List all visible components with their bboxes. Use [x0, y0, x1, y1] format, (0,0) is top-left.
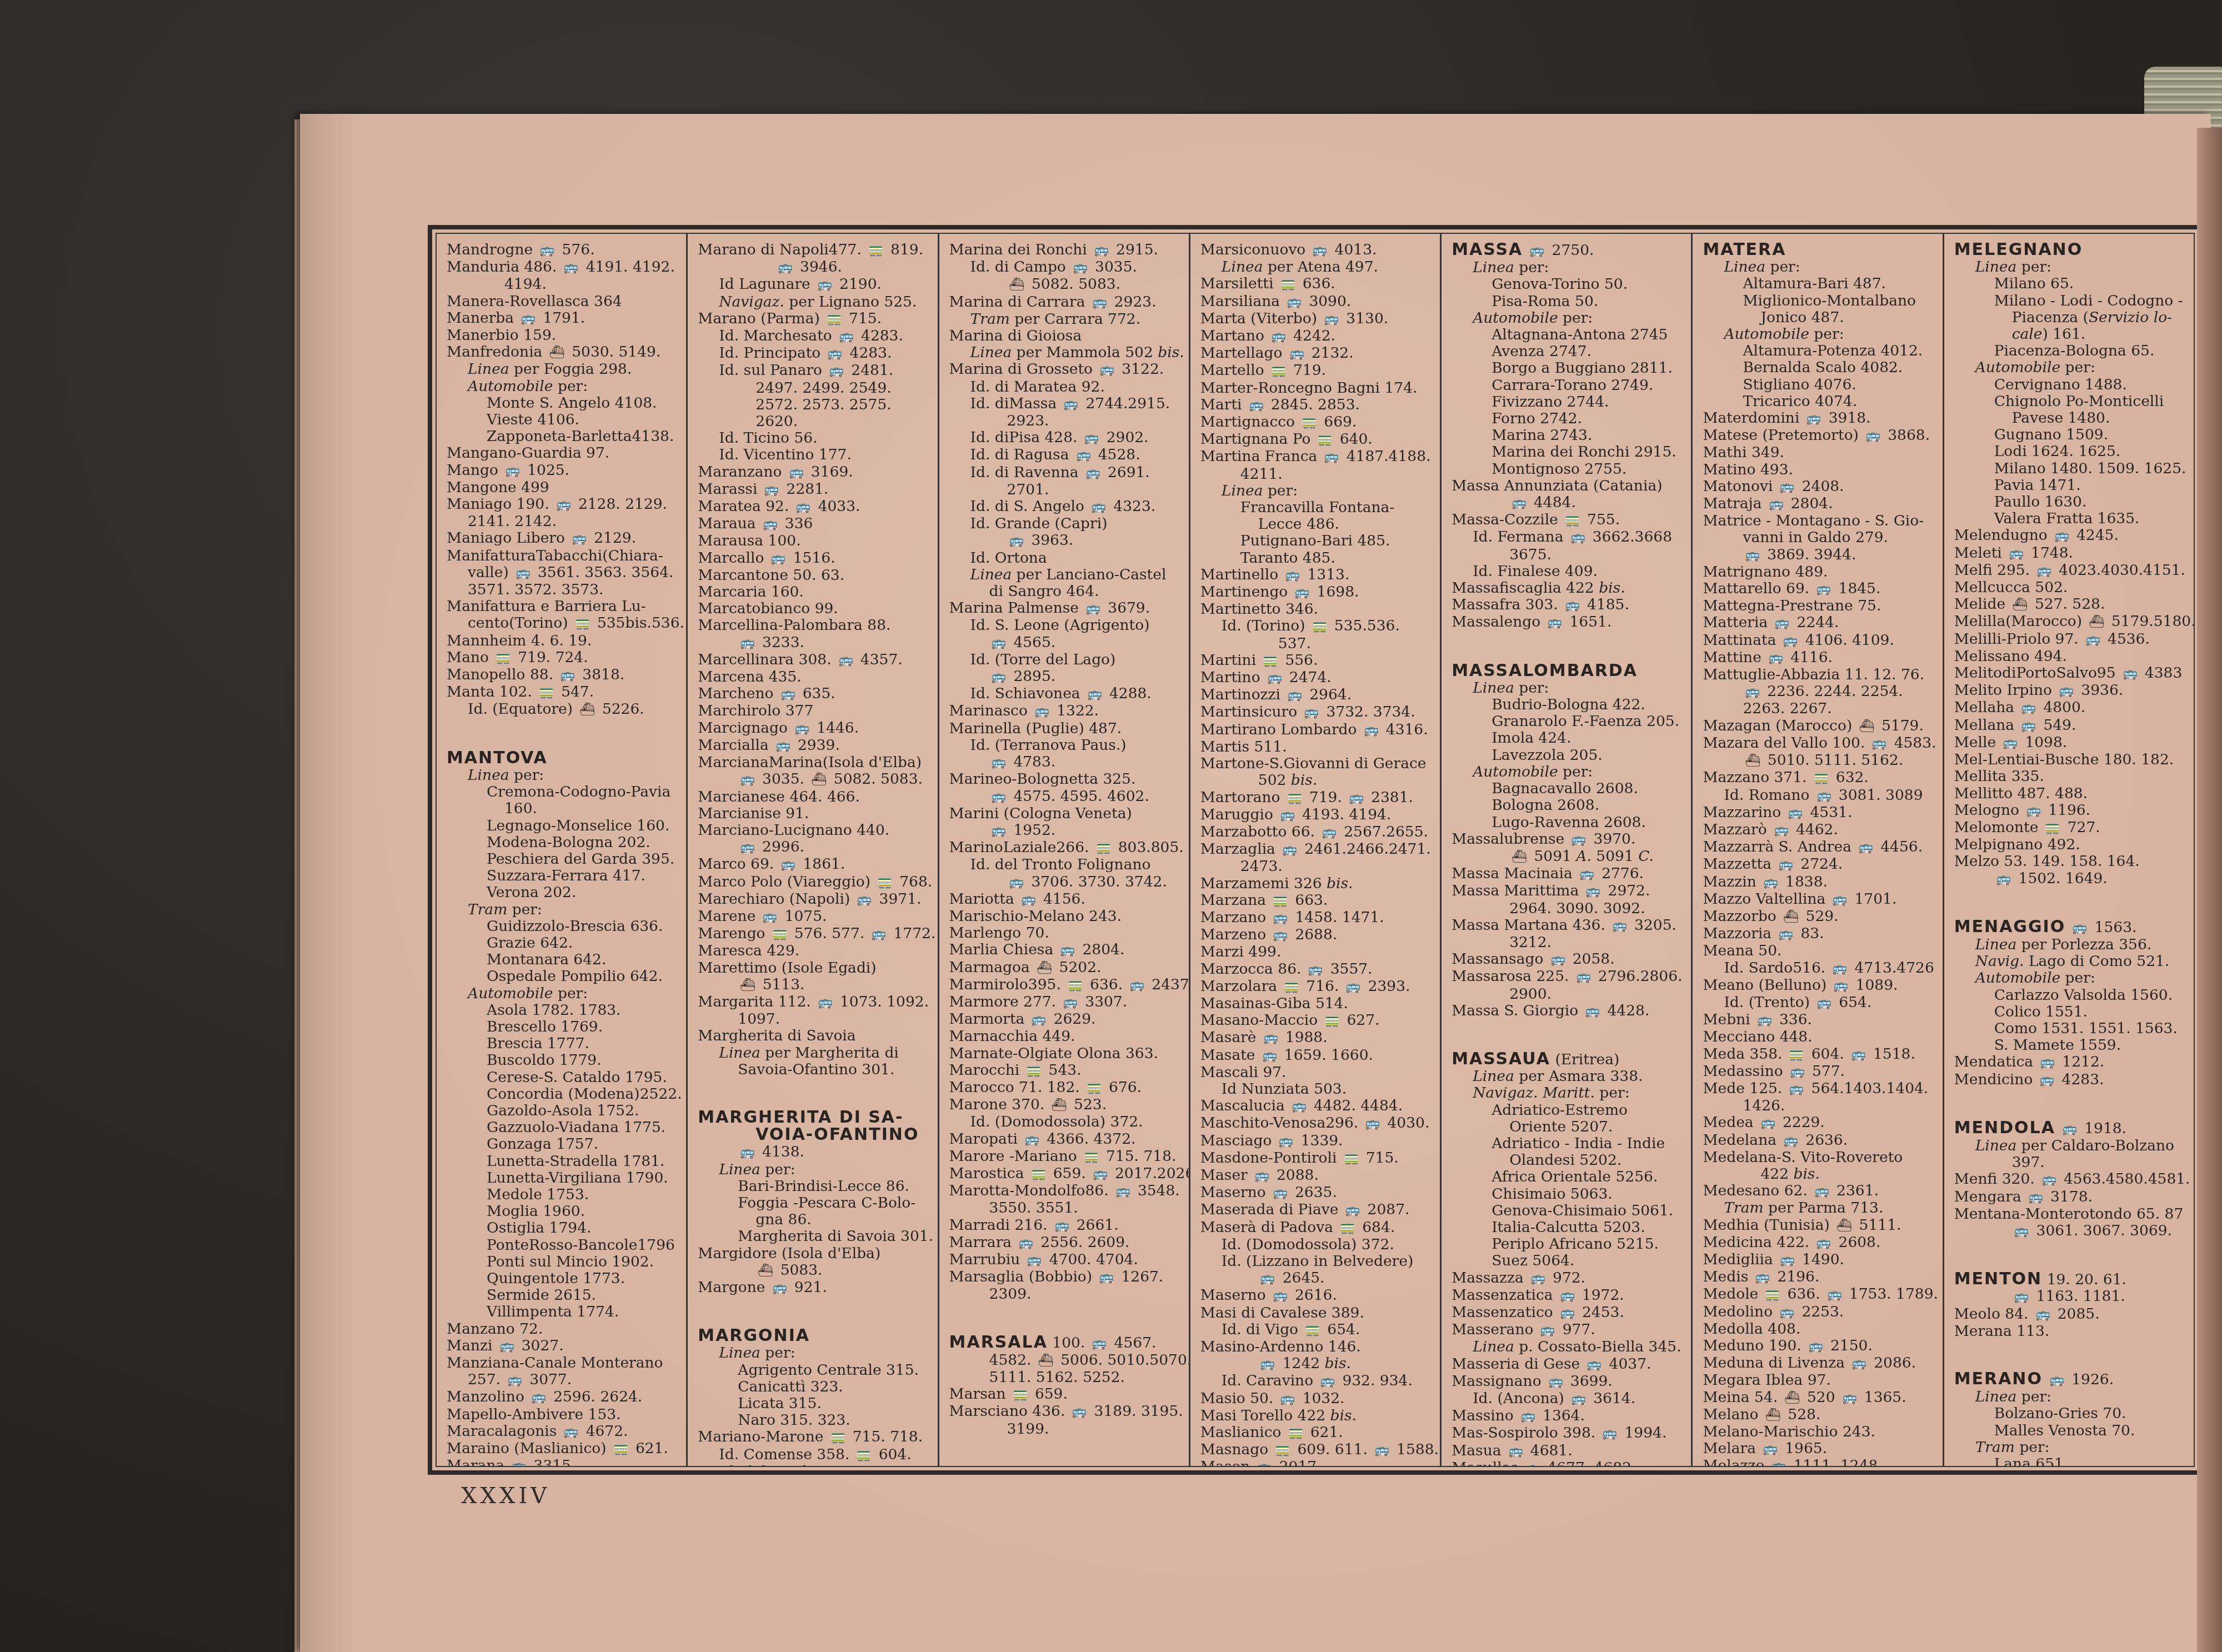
- index-entry: Marassi 🚌 2281.: [698, 481, 930, 498]
- automobile-icon: 🚌: [1779, 926, 1794, 943]
- index-entry: Carlazzo Valsolda 1560.: [1954, 987, 2187, 1004]
- automobile-icon: 🚌: [1587, 1356, 1602, 1373]
- index-entry: ManifatturaTabacchi(Chiara-: [447, 548, 679, 564]
- index-entry: 160.: [447, 800, 679, 817]
- index-entry: Medigliia 🚌 1490.: [1703, 1251, 1935, 1269]
- automobile-icon: 🚌: [1548, 614, 1563, 631]
- index-entry: Pavese 1480.: [1954, 410, 2187, 427]
- index-entry: Massa-Cozzile 🚃 755.: [1452, 512, 1684, 529]
- index-entry: 2701.: [949, 482, 1182, 498]
- automobile-icon: 🚌: [1612, 918, 1627, 934]
- index-entry: Meana 50.: [1703, 943, 1935, 959]
- index-entry: Bologna 2608.: [1452, 797, 1684, 814]
- tram-icon: 🚃: [1814, 770, 1829, 787]
- index-entry: Mascalucia 🚌 4482. 4484.: [1200, 1098, 1433, 1115]
- automobile-icon: 🚌: [819, 1464, 834, 1466]
- automobile-icon: 🚌: [1576, 969, 1591, 985]
- automobile-icon: 🚌: [1034, 703, 1049, 720]
- index-entry: Manerba 🚌 1791.: [447, 310, 679, 327]
- automobile-icon: 🚌: [2026, 803, 2041, 819]
- index-entry: Matrice - Montagano - S. Gio-: [1703, 513, 1935, 529]
- index-entry: Id. Vicentino 177.: [698, 447, 930, 463]
- index-entry: Periplo Africano 5215.: [1452, 1236, 1684, 1253]
- index-entry: Milano - Lodi - Codogno -: [1954, 293, 2187, 309]
- automobile-icon: 🚌: [2085, 632, 2100, 648]
- automobile-icon: 🚌: [1115, 1183, 1130, 1200]
- index-entry: Martano 🚌 4242.: [1200, 328, 1433, 345]
- index-entry: 🚌 3035. ⛴ 5082. 5083.: [698, 771, 930, 788]
- index-entry: Id. di Ragusa 🚌 4528.: [949, 447, 1182, 464]
- automobile-icon: 🚌: [781, 857, 796, 873]
- tram-icon: 🚃: [827, 311, 842, 328]
- index-entry: 4582. ⛴ 5006. 5010.5070.: [949, 1352, 1182, 1369]
- index-entry: 3675.: [1452, 547, 1684, 563]
- automobile-icon: 🚌: [1324, 311, 1339, 328]
- section-gap: [1954, 1340, 2187, 1371]
- automobile-icon: 🚌: [1091, 499, 1106, 515]
- index-entry: Marechiaro (Napoli) 🚌 3971.: [698, 891, 930, 908]
- index-entry: Mazzarrà S. Andrea 🚌 4456.: [1703, 839, 1935, 856]
- automobile-icon: 🚌: [992, 754, 1007, 771]
- index-entry: Mazagan (Marocco) ⛴ 5179.: [1703, 718, 1935, 735]
- index-entry: Taranto 485.: [1200, 550, 1433, 567]
- index-entry: Medhia (Tunisia) ⛴ 5111.: [1703, 1217, 1935, 1234]
- index-entry: Mas-Sospirolo 398. 🚌 1994.: [1452, 1425, 1684, 1442]
- automobile-icon: 🚌: [1780, 1304, 1795, 1321]
- automobile-icon: 🚌: [764, 482, 779, 498]
- automobile-icon: 🚌: [1085, 465, 1100, 482]
- index-entry: Maropati 🚌 4366. 4372.: [949, 1131, 1182, 1148]
- index-entry: Maniago Libero 🚌 2129.: [447, 530, 679, 547]
- index-entry: 🚌 4138.: [698, 1144, 930, 1161]
- automobile-icon: 🚌: [829, 363, 844, 379]
- index-entry: Massalubrense 🚌 3970.: [1452, 831, 1684, 848]
- automobile-icon: 🚌: [1263, 1030, 1278, 1047]
- automobile-icon: 🚌: [1833, 960, 1848, 977]
- index-entry: Forno 2742.: [1452, 411, 1684, 427]
- index-entry: Fivizzano 2744.: [1452, 394, 1684, 411]
- index-entry: Marmorta 🚌 2629.: [949, 1011, 1182, 1028]
- index-entry: 2497. 2499. 2549.: [698, 380, 930, 397]
- index-entry: Naro 315. 323.: [698, 1412, 930, 1429]
- index-entry: Medassino 🚌 577.: [1703, 1063, 1935, 1080]
- tram-icon: 🚃: [1565, 512, 1580, 529]
- index-entry: Mellana 🚌 549.: [1954, 717, 2187, 734]
- automobile-icon: 🚌: [789, 464, 804, 481]
- index-entry: Brescello 1769.: [447, 1019, 679, 1035]
- automobile-icon: 🚌: [771, 550, 786, 567]
- ship-icon: ⛴: [1052, 1097, 1067, 1114]
- index-entry: Avenza 2747.: [1452, 343, 1684, 360]
- index-entry: Marene 🚌 1075.: [698, 908, 930, 925]
- tram-icon: 🚃: [830, 1429, 845, 1446]
- automobile-icon: 🚌: [1806, 411, 1821, 427]
- index-entry: Manta 102. 🚃 547.: [447, 684, 679, 701]
- automobile-icon: 🚌: [1851, 1355, 1866, 1372]
- automobile-icon: 🚌: [2062, 1121, 2077, 1138]
- tram-icon: 🚃: [496, 650, 511, 667]
- index-entry: 3571. 3572. 3573.: [447, 582, 679, 598]
- index-entry: Meda 358. 🚃 604. 🚌 1518.: [1703, 1046, 1935, 1063]
- index-entry: Margherita di Savoia 301.: [698, 1228, 930, 1245]
- ship-icon: ⛴: [2089, 614, 2105, 630]
- section-heading: MENTON 19. 20. 61.: [1954, 1271, 2187, 1288]
- index-entry: Linea p. Cossato-Biella 345.: [1452, 1339, 1684, 1355]
- automobile-icon: 🚌: [2049, 1372, 2064, 1389]
- automobile-icon: 🚌: [2040, 1054, 2055, 1071]
- automobile-icon: 🚌: [1271, 328, 1286, 345]
- tram-icon: 🚃: [1305, 1322, 1320, 1339]
- index-entry: 🚌 4565.: [949, 634, 1182, 652]
- tram-icon: 🚃: [1031, 1166, 1046, 1183]
- index-entry: 4211.: [1200, 466, 1433, 483]
- index-entry: Marischio-Melano 243.: [949, 908, 1182, 925]
- automobile-icon: 🚌: [2059, 683, 2074, 699]
- automobile-icon: 🚌: [1364, 722, 1379, 739]
- index-entry: Africa Orientale 5256.: [1452, 1169, 1684, 1185]
- index-entry: 537.: [1200, 635, 1433, 652]
- index-entry: 🚌 4575. 4595. 4602.: [949, 788, 1182, 805]
- index-entry: Marzaglia 🚌 2461.2466.2471.: [1200, 841, 1433, 858]
- index-entry: PonteRosso-Bancole1796: [447, 1237, 679, 1254]
- index-entry: Marter-Roncegno Bagni 174.: [1200, 380, 1433, 397]
- automobile-icon: 🚌: [516, 565, 531, 582]
- index-entry: Monte S. Angelo 4108.: [447, 395, 679, 412]
- index-entry: Marina dei Ronchi 🚌 2915.: [949, 242, 1182, 259]
- index-entry: Marnacchia 449.: [949, 1028, 1182, 1045]
- index-entry: Masseria di Gese 🚌 4037.: [1452, 1356, 1684, 1373]
- index-entry: Maserno 🚌 2635.: [1200, 1184, 1433, 1202]
- index-entry: Martis 511.: [1200, 739, 1433, 755]
- index-entry: Melzo 53. 149. 158. 164.: [1954, 853, 2187, 870]
- index-entry: Mengara 🚌 3178.: [1954, 1189, 2187, 1206]
- section-heading: MASSALOMBARDA: [1452, 663, 1684, 680]
- index-entry: Id. Comense 358. 🚃 604.: [698, 1446, 930, 1464]
- ship-icon: ⛴: [549, 344, 565, 361]
- index-entry: Id. di Vigo 🚃 654.: [1200, 1321, 1433, 1339]
- index-entry: 2620.: [698, 413, 930, 430]
- index-entry: Marina di Gioiosa: [949, 328, 1182, 344]
- automobile-icon: 🚌: [1550, 952, 1565, 968]
- ship-icon: ⛴: [1037, 960, 1052, 977]
- index-entry: Marzabotto 66. 🚌 2567.2655.: [1200, 824, 1433, 841]
- index-entry: 257. 🚌 3077.: [447, 1371, 679, 1389]
- index-entry: Automobile per:: [1452, 310, 1684, 327]
- index-entry: Id. (Torino) 🚃 535.536.: [1200, 618, 1433, 635]
- index-entry: Marlengo 70.: [949, 925, 1182, 942]
- index-entry: ⛴ 5010. 5111. 5162.: [1703, 752, 1935, 769]
- tram-icon: 🚃: [1284, 979, 1299, 995]
- automobile-icon: 🚌: [1280, 1391, 1295, 1408]
- index-entry: Tram per Parma 713.: [1703, 1200, 1935, 1217]
- index-entry: Navigaz. per Lignano 525.: [698, 294, 930, 311]
- index-entry: 🚌 4783.: [949, 754, 1182, 771]
- automobile-icon: 🚌: [1548, 1374, 1563, 1390]
- automobile-icon: 🚌: [1816, 1235, 1831, 1251]
- index-entry: Massazza 🚌 972.: [1452, 1270, 1684, 1287]
- index-entry: Martinsicuro 🚌 3732. 3734.: [1200, 704, 1433, 721]
- index-entry: Mandrogne 🚌 576.: [447, 242, 679, 259]
- index-entry: Colico 1551.: [1954, 1004, 2187, 1020]
- index-entry: MelitodiPortoSalvo95 🚌 4383: [1954, 665, 2187, 682]
- index-entry: gna 86.: [698, 1212, 930, 1228]
- index-entry: Piacenza (Servizio lo-: [1954, 309, 2187, 326]
- automobile-icon: 🚌: [1267, 670, 1282, 687]
- index-entry: Linea per Mammola 502 bis.: [949, 344, 1182, 361]
- automobile-icon: 🚌: [992, 789, 1007, 805]
- index-entry: 🚌 1502. 1649.: [1954, 870, 2187, 888]
- tram-icon: 🚃: [1096, 840, 1111, 857]
- index-entry: Id. (Trento) 🚌 654.: [1703, 994, 1935, 1012]
- index-entry: Linea per Margherita di: [698, 1045, 930, 1062]
- ship-icon: ⛴: [1783, 909, 1799, 925]
- index-entry: Masainas-Giba 514.: [1200, 995, 1433, 1012]
- index-entry: Mattegna-Prestrane 75.: [1703, 598, 1935, 614]
- ship-icon: ⛴: [580, 702, 595, 718]
- automobile-icon: 🚌: [560, 667, 575, 684]
- index-entry: Melide ⛴ 527. 528.: [1954, 596, 2187, 613]
- index-entry: S. Mamete 1559.: [1954, 1037, 2187, 1054]
- index-entry: Maruggio 🚌 4193. 4194.: [1200, 807, 1433, 824]
- automobile-icon: 🚌: [1073, 259, 1088, 276]
- section-heading: VOIA-OFANTINO: [698, 1127, 930, 1144]
- index-entry: Margidore (Isola d'Elba): [698, 1245, 930, 1262]
- automobile-icon: 🚌: [992, 823, 1007, 839]
- automobile-icon: 🚌: [828, 346, 843, 362]
- index-entry: 2473.: [1200, 858, 1433, 875]
- tram-icon: 🚃: [1288, 1425, 1303, 1441]
- section-gap: [1452, 1020, 1684, 1051]
- index-entry: cale) 161.: [1954, 326, 2187, 343]
- index-entry: Melfi 295. 🚌 4023.4030.4151.: [1954, 562, 2187, 579]
- index-entry: Olandesi 5202.: [1452, 1152, 1684, 1169]
- automobile-icon: 🚌: [1833, 892, 1848, 908]
- index-entry: Martino 🚌 2474.: [1200, 669, 1433, 687]
- index-entry: Chignolo Po-Monticelli: [1954, 393, 2187, 410]
- section-heading: MASSA 🚌 2750.: [1452, 242, 1684, 259]
- index-entry: Manduria 486. 🚌 4191. 4192.: [447, 259, 679, 276]
- index-entry: Ponti sul Mincio 1902.: [447, 1254, 679, 1270]
- index-entry: Adriatico - India - Indie: [1452, 1135, 1684, 1152]
- automobile-icon: 🚌: [2037, 563, 2052, 579]
- tram-icon: 🚃: [1280, 276, 1295, 293]
- index-entry: Montignoso 2755.: [1452, 461, 1684, 478]
- automobile-icon: 🚌: [1570, 529, 1585, 546]
- ship-icon: ⛴: [1038, 1353, 1054, 1369]
- automobile-icon: 🚌: [1295, 584, 1310, 601]
- automobile-icon: 🚌: [1745, 684, 1760, 700]
- index-entry: ⛴ 5083.: [698, 1262, 930, 1279]
- index-entry: Masciago 🚌 1339.: [1200, 1133, 1433, 1150]
- index-entry: ⛴ 5113.: [698, 977, 930, 994]
- index-entry: Mangone 499: [447, 479, 679, 496]
- automobile-icon: 🚌: [512, 1458, 527, 1466]
- index-entry: Medis 🚌 2196.: [1703, 1269, 1935, 1286]
- index-entry: Id. (Terranova Paus.): [949, 737, 1182, 754]
- automobile-icon: 🚌: [1289, 346, 1304, 362]
- index-entry: 🚌 2236. 2244. 2254.: [1703, 683, 1935, 700]
- index-entry: Masullas 🚌 4677. 4682.: [1452, 1460, 1684, 1466]
- index-entry: Savoia-Ofantino 301.: [698, 1062, 930, 1078]
- index-entry: Marina di Grosseto 🚌 3122.: [949, 361, 1182, 378]
- index-entry: Marzocca 86. 🚌 3557.: [1200, 961, 1433, 978]
- index-entry: 🚌 2645.: [1200, 1270, 1433, 1287]
- index-entry: Linea per:: [698, 1345, 930, 1361]
- index-entry: Medole 🚃 636. 🚌 1753. 1789.: [1703, 1286, 1935, 1303]
- index-entry: Sermide 2615.: [447, 1287, 679, 1304]
- index-entry: Piacenza-Bologna 65.: [1954, 343, 2187, 359]
- automobile-icon: 🚌: [1760, 1115, 1775, 1132]
- section-heading: MENDOLA 🚌 1918.: [1954, 1120, 2187, 1138]
- automobile-icon: 🚌: [1585, 1003, 1600, 1020]
- index-entry: Linea per:: [698, 1162, 930, 1178]
- index-entry: Martorano 🚃 719. 🚌 2381.: [1200, 789, 1433, 807]
- automobile-icon: 🚌: [1512, 495, 1527, 512]
- automobile-icon: 🚌: [505, 463, 520, 479]
- index-entry: Bernalda Scalo 4082.: [1703, 359, 1935, 376]
- automobile-icon: 🚌: [1865, 428, 1880, 444]
- automobile-icon: 🚌: [1021, 892, 1036, 908]
- index-entry: Medesano 62. 🚌 2361.: [1703, 1183, 1935, 1200]
- index-entry: 🚌 3963.: [949, 532, 1182, 549]
- tram-icon: 🚃: [1325, 1013, 1340, 1029]
- tram-icon: 🚃: [1287, 790, 1302, 807]
- index-entry: Maraua 🚌 336: [698, 515, 930, 533]
- index-entry: Linea per:: [447, 767, 679, 784]
- tram-icon: 🚃: [539, 684, 554, 701]
- index-entry: Id. Marchesato 🚌 4283.: [698, 328, 930, 345]
- tram-icon: 🚃: [2045, 820, 2060, 837]
- section-gap: [447, 719, 679, 750]
- automobile-icon: 🚌: [1827, 1286, 1842, 1303]
- index-entry: Id. diMassa 🚌 2744.2915.: [949, 396, 1182, 413]
- automobile-icon: 🚌: [2123, 665, 2138, 682]
- automobile-icon: 🚌: [1273, 1288, 1288, 1304]
- index-entry: Marmirolo395. 🚃 636. 🚌 2437.: [949, 977, 1182, 994]
- index-entry: Martinozzi 🚌 2964.: [1200, 687, 1433, 704]
- index-entry: 2141. 2142.: [447, 513, 679, 530]
- tram-icon: 🚃: [1271, 363, 1286, 379]
- index-entry: Id. di Ravenna 🚌 2691.: [949, 464, 1182, 482]
- automobile-icon: 🚌: [1076, 447, 1091, 464]
- index-entry: Maratea 92. 🚌 4033.: [698, 498, 930, 515]
- automobile-icon: 🚌: [1324, 449, 1339, 465]
- automobile-icon: 🚌: [1260, 1356, 1275, 1373]
- automobile-icon: 🚌: [1099, 1269, 1114, 1286]
- tram-icon: 🚃: [1013, 1386, 1028, 1403]
- automobile-icon: 🚌: [1778, 857, 1793, 873]
- index-entry: Lunetta-Virgiliana 1790.: [447, 1170, 679, 1187]
- book-page: Mandrogne 🚌 576.Manduria 486. 🚌 4191. 41…: [300, 114, 2211, 1652]
- index-entry: Linea per:: [1954, 1389, 2187, 1405]
- automobile-icon: 🚌: [1757, 1012, 1772, 1029]
- index-entry: Manziana-Canale Monterano: [447, 1355, 679, 1371]
- automobile-icon: 🚌: [1009, 874, 1024, 891]
- index-entry: Maser 🚌 2088.: [1200, 1167, 1433, 1184]
- index-entry: Linea per Foggia 298.: [447, 361, 679, 378]
- index-entry: ⛴ 5091 A. 5091 C.: [1452, 848, 1684, 865]
- index-entry: Martinello 🚌 1313.: [1200, 567, 1433, 584]
- index-entry: Marco Polo (Viareggio) 🚃 768.: [698, 874, 930, 891]
- index-entry: Medolino 🚌 2253.: [1703, 1304, 1935, 1321]
- automobile-icon: 🚌: [775, 738, 790, 754]
- automobile-icon: 🚌: [1768, 650, 1783, 667]
- automobile-icon: 🚌: [2021, 718, 2036, 734]
- index-entry: Marausa 100.: [698, 533, 930, 549]
- index-entry: Marco 69. 🚌 1861.: [698, 856, 930, 873]
- index-entry: Id. Ticino 56.: [698, 430, 930, 447]
- section-gap: [1452, 632, 1684, 663]
- index-entry: Massenzatica 🚌 1972.: [1452, 1287, 1684, 1304]
- index-entry: Navigaz. Maritt. per:: [1452, 1085, 1684, 1102]
- automobile-icon: 🚌: [1571, 1391, 1586, 1408]
- automobile-icon: 🚌: [564, 259, 579, 276]
- index-entry: Id. di Campo 🚌 3035.: [949, 259, 1182, 276]
- index-entry: Budrio-Bologna 422.: [1452, 697, 1684, 713]
- index-entry: Foggia -Pescara C-Bolo-: [698, 1195, 930, 1212]
- index-entry: Masino-Ardenno 146.: [1200, 1339, 1433, 1355]
- tram-icon: 🚃: [1068, 977, 1083, 994]
- ship-icon: ⛴: [740, 977, 755, 994]
- automobile-icon: 🚌: [1304, 704, 1319, 721]
- index-entry: Grazie 642.: [447, 935, 679, 952]
- index-entry: 422 bis.: [1703, 1166, 1935, 1183]
- automobile-icon: 🚌: [838, 652, 853, 669]
- automobile-icon: 🚌: [1565, 597, 1580, 614]
- automobile-icon: 🚌: [1508, 1443, 1523, 1460]
- index-entry: Martignacco 🚃 669.: [1200, 414, 1433, 431]
- index-entry: 3199.: [949, 1421, 1182, 1438]
- index-entry: Masua 🚌 4681.: [1452, 1443, 1684, 1460]
- index-entry: Marrara 🚌 2556. 2609.: [949, 1234, 1182, 1251]
- index-entry: Marcheno 🚌 635.: [698, 685, 930, 703]
- automobile-icon: 🚌: [1273, 1185, 1288, 1202]
- index-entry: Marettimo (Isole Egadi): [698, 960, 930, 977]
- automobile-icon: 🚌: [1996, 871, 2011, 888]
- index-entry: Marcatobianco 99.: [698, 600, 930, 617]
- index-entry: Matteria 🚌 2244.: [1703, 614, 1935, 632]
- index-entry: Marzolara 🚃 716. 🚌 2393.: [1200, 978, 1433, 995]
- automobile-icon: 🚌: [839, 328, 854, 345]
- section-heading: MENAGGIO 🚌 1563.: [1954, 919, 2187, 937]
- index-entry: vanni in Galdo 279.: [1703, 529, 1935, 546]
- automobile-icon: 🚌: [1745, 547, 1760, 564]
- index-entry: Putignano-Bari 485.: [1200, 533, 1433, 549]
- automobile-icon: 🚌: [763, 909, 778, 925]
- index-entry: Milano 65.: [1954, 276, 2187, 292]
- tram-icon: 🚃: [1273, 893, 1288, 909]
- index-entry: Manerbio 159.: [447, 327, 679, 344]
- index-entry: Melpignano 492.: [1954, 837, 2187, 853]
- index-entry: Mazzo Valtellina 🚌 1701.: [1703, 891, 1935, 908]
- automobile-icon: 🚌: [1530, 243, 1545, 259]
- automobile-icon: 🚌: [1072, 1404, 1087, 1420]
- index-entry: Marcellina-Palombara 88.: [698, 617, 930, 634]
- automobile-icon: 🚌: [1790, 1064, 1805, 1080]
- automobile-icon: 🚌: [1769, 496, 1784, 513]
- index-entry: Paullo 1630.: [1954, 494, 2187, 510]
- index-entry: Cervignano 1488.: [1954, 377, 2187, 393]
- tram-icon: 🚃: [857, 1447, 872, 1464]
- automobile-icon: 🚌: [1780, 479, 1795, 495]
- index-entry: Medolla 408.: [1703, 1321, 1935, 1338]
- index-entry: Meduna di Livenza 🚌 2086.: [1703, 1355, 1935, 1372]
- index-entry: Marcantone 50. 63.: [698, 567, 930, 584]
- index-entry: Automobile per:: [1452, 764, 1684, 780]
- section-heading: MANTOVA: [447, 750, 679, 767]
- automobile-icon: 🚌: [740, 839, 755, 856]
- automobile-icon: 🚌: [572, 530, 587, 547]
